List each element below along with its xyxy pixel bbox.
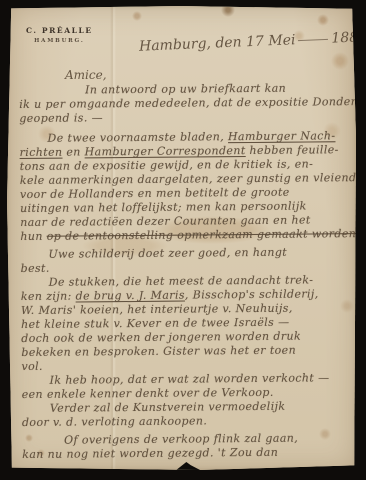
line-text: en — [62, 145, 84, 158]
bottom-edge-notch — [175, 462, 202, 471]
underlined-text: Hamburger Correspondent — [85, 144, 246, 158]
dateline-text: Hamburg, den 17 Mei — [139, 32, 296, 55]
letter-line: geopend is. — — [19, 109, 361, 126]
underlined-text: Hamburger Nach- — [228, 129, 336, 143]
letter-line: door v. d. verloting aankoopen. — [22, 413, 364, 430]
underlined-text: richten — [20, 146, 63, 159]
letter-line: ken zijn: de brug v. J. Maris, Bisschop'… — [21, 287, 363, 304]
dateline: Hamburg, den 17 Mei1886 — [139, 29, 365, 54]
paragraph-2: De twee voornaamste bladen, Hamburger Na… — [19, 129, 362, 244]
dateline-year: 1886 — [331, 29, 366, 46]
letter-line: kan nu nog niet worden gezegd. 't Zou da… — [22, 445, 364, 462]
letter-paper: C. PRÉALLE HAMBURG. Hamburg, den 17 Mei1… — [7, 6, 356, 470]
line-text: hun — [20, 230, 46, 243]
scanned-letter: C. PRÉALLE HAMBURG. Hamburg, den 17 Mei1… — [0, 0, 366, 480]
paragraph-5: Ik heb hoop, dat er wat zal worden verko… — [22, 371, 364, 430]
letter-body: In antwoord op uw briefkaart kan ik u pe… — [19, 81, 364, 462]
letterhead: C. PRÉALLE HAMBURG. — [26, 26, 93, 44]
underlined-text: de brug v. J. Maris — [76, 289, 185, 303]
paragraph-1: In antwoord op uw briefkaart kan ik u pe… — [19, 81, 361, 126]
struck-text: op de tentoonstelling opmerkzaam gemaakt… — [47, 227, 361, 243]
line-text: De twee voornaamste bladen, — [47, 130, 228, 145]
letter-line-struck: hun op de tentoonstelling opmerkzaam gem… — [20, 227, 362, 244]
salutation: Amice, — [65, 68, 107, 82]
paragraph-4: De stukken, die het meest de aandacht tr… — [21, 273, 364, 374]
line-text: , Bisschop's schilderij, — [185, 287, 319, 301]
letter-line: kele aanmerkingen daargelaten, zeer guns… — [20, 171, 362, 188]
letterhead-city: HAMBURG. — [26, 38, 93, 44]
paragraph-3: Uwe schilderij doet zeer goed, en hangt … — [20, 245, 362, 276]
letterhead-name: C. PRÉALLE — [26, 26, 93, 35]
paragraph-6: Of overigens de verkoop flink zal gaan, … — [22, 431, 364, 462]
letter-line: ik u per omgaande mededeelen, dat de exp… — [19, 95, 361, 112]
line-text: hebben feuille- — [246, 143, 339, 157]
line-text: ken zijn: — [21, 290, 76, 303]
dateline-rule — [298, 38, 328, 41]
letter-line: Ik heb hoop, dat er wat zal worden verko… — [22, 371, 364, 388]
